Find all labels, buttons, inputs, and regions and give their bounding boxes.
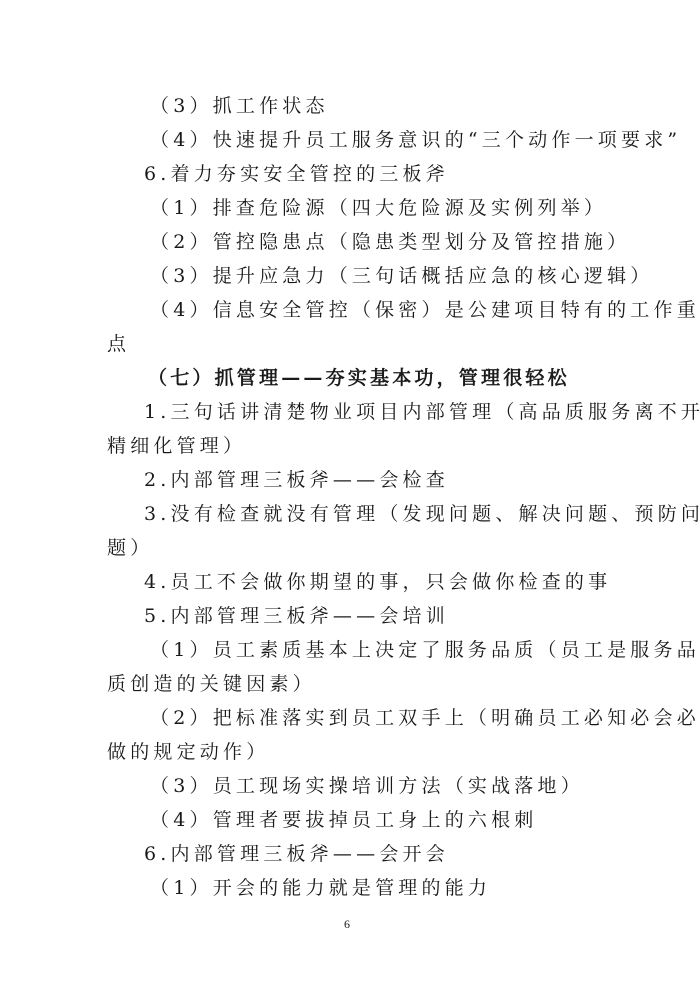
text-line: 3.没有检查就没有管理（发现问题、解决问题、预防问 [144,502,700,526]
text-line: 2.内部管理三板斧——会检查 [144,468,449,492]
text-line: 4.员工不会做你期望的事，只会做你检查的事 [144,570,611,594]
text-line: 做的规定动作） [107,740,269,764]
text-line: （3）抓工作状态 [150,94,329,118]
text-line: （3）员工现场实操培训方法（实战落地） [150,774,584,798]
page-number: 6 [344,916,350,932]
text-line: 题） [107,536,153,560]
text-line: （4）信息安全管控（保密）是公建项目特有的工作重 [150,298,700,322]
text-line: （1）员工素质基本上决定了服务品质（员工是服务品 [150,638,700,662]
text-line: 点 [107,332,130,356]
text-line: 6.内部管理三板斧——会开会 [144,842,449,866]
text-line: （2）管控隐患点（隐患类型划分及管控措施） [150,230,630,254]
text-line: 质创造的关键因素） [107,672,316,696]
document-page: （3）抓工作状态（4）快速提升员工服务意识的“三个动作一项要求”6.着力夯实安全… [0,0,700,990]
text-line: （1）开会的能力就是管理的能力 [150,876,491,900]
text-line: （1）排查危险源（四大危险源及实例列举） [150,196,607,220]
text-line: 5.内部管理三板斧——会培训 [144,604,449,628]
text-line: 6.着力夯实安全管控的三板斧 [144,162,449,186]
section-heading: （七）抓管理——夯实基本功，管理很轻松 [148,366,570,390]
text-line: （4）快速提升员工服务意识的“三个动作一项要求” [150,128,681,152]
text-line: 精细化管理） [107,434,246,458]
text-line: （4）管理者要拔掉员工身上的六根刺 [150,808,538,832]
text-line: 1.三句话讲清楚物业项目内部管理（高品质服务离不开 [144,400,700,424]
text-line: （3）提升应急力（三句话概括应急的核心逻辑） [150,264,654,288]
text-line: （2）把标准落实到员工双手上（明确员工必知必会必 [150,706,700,730]
